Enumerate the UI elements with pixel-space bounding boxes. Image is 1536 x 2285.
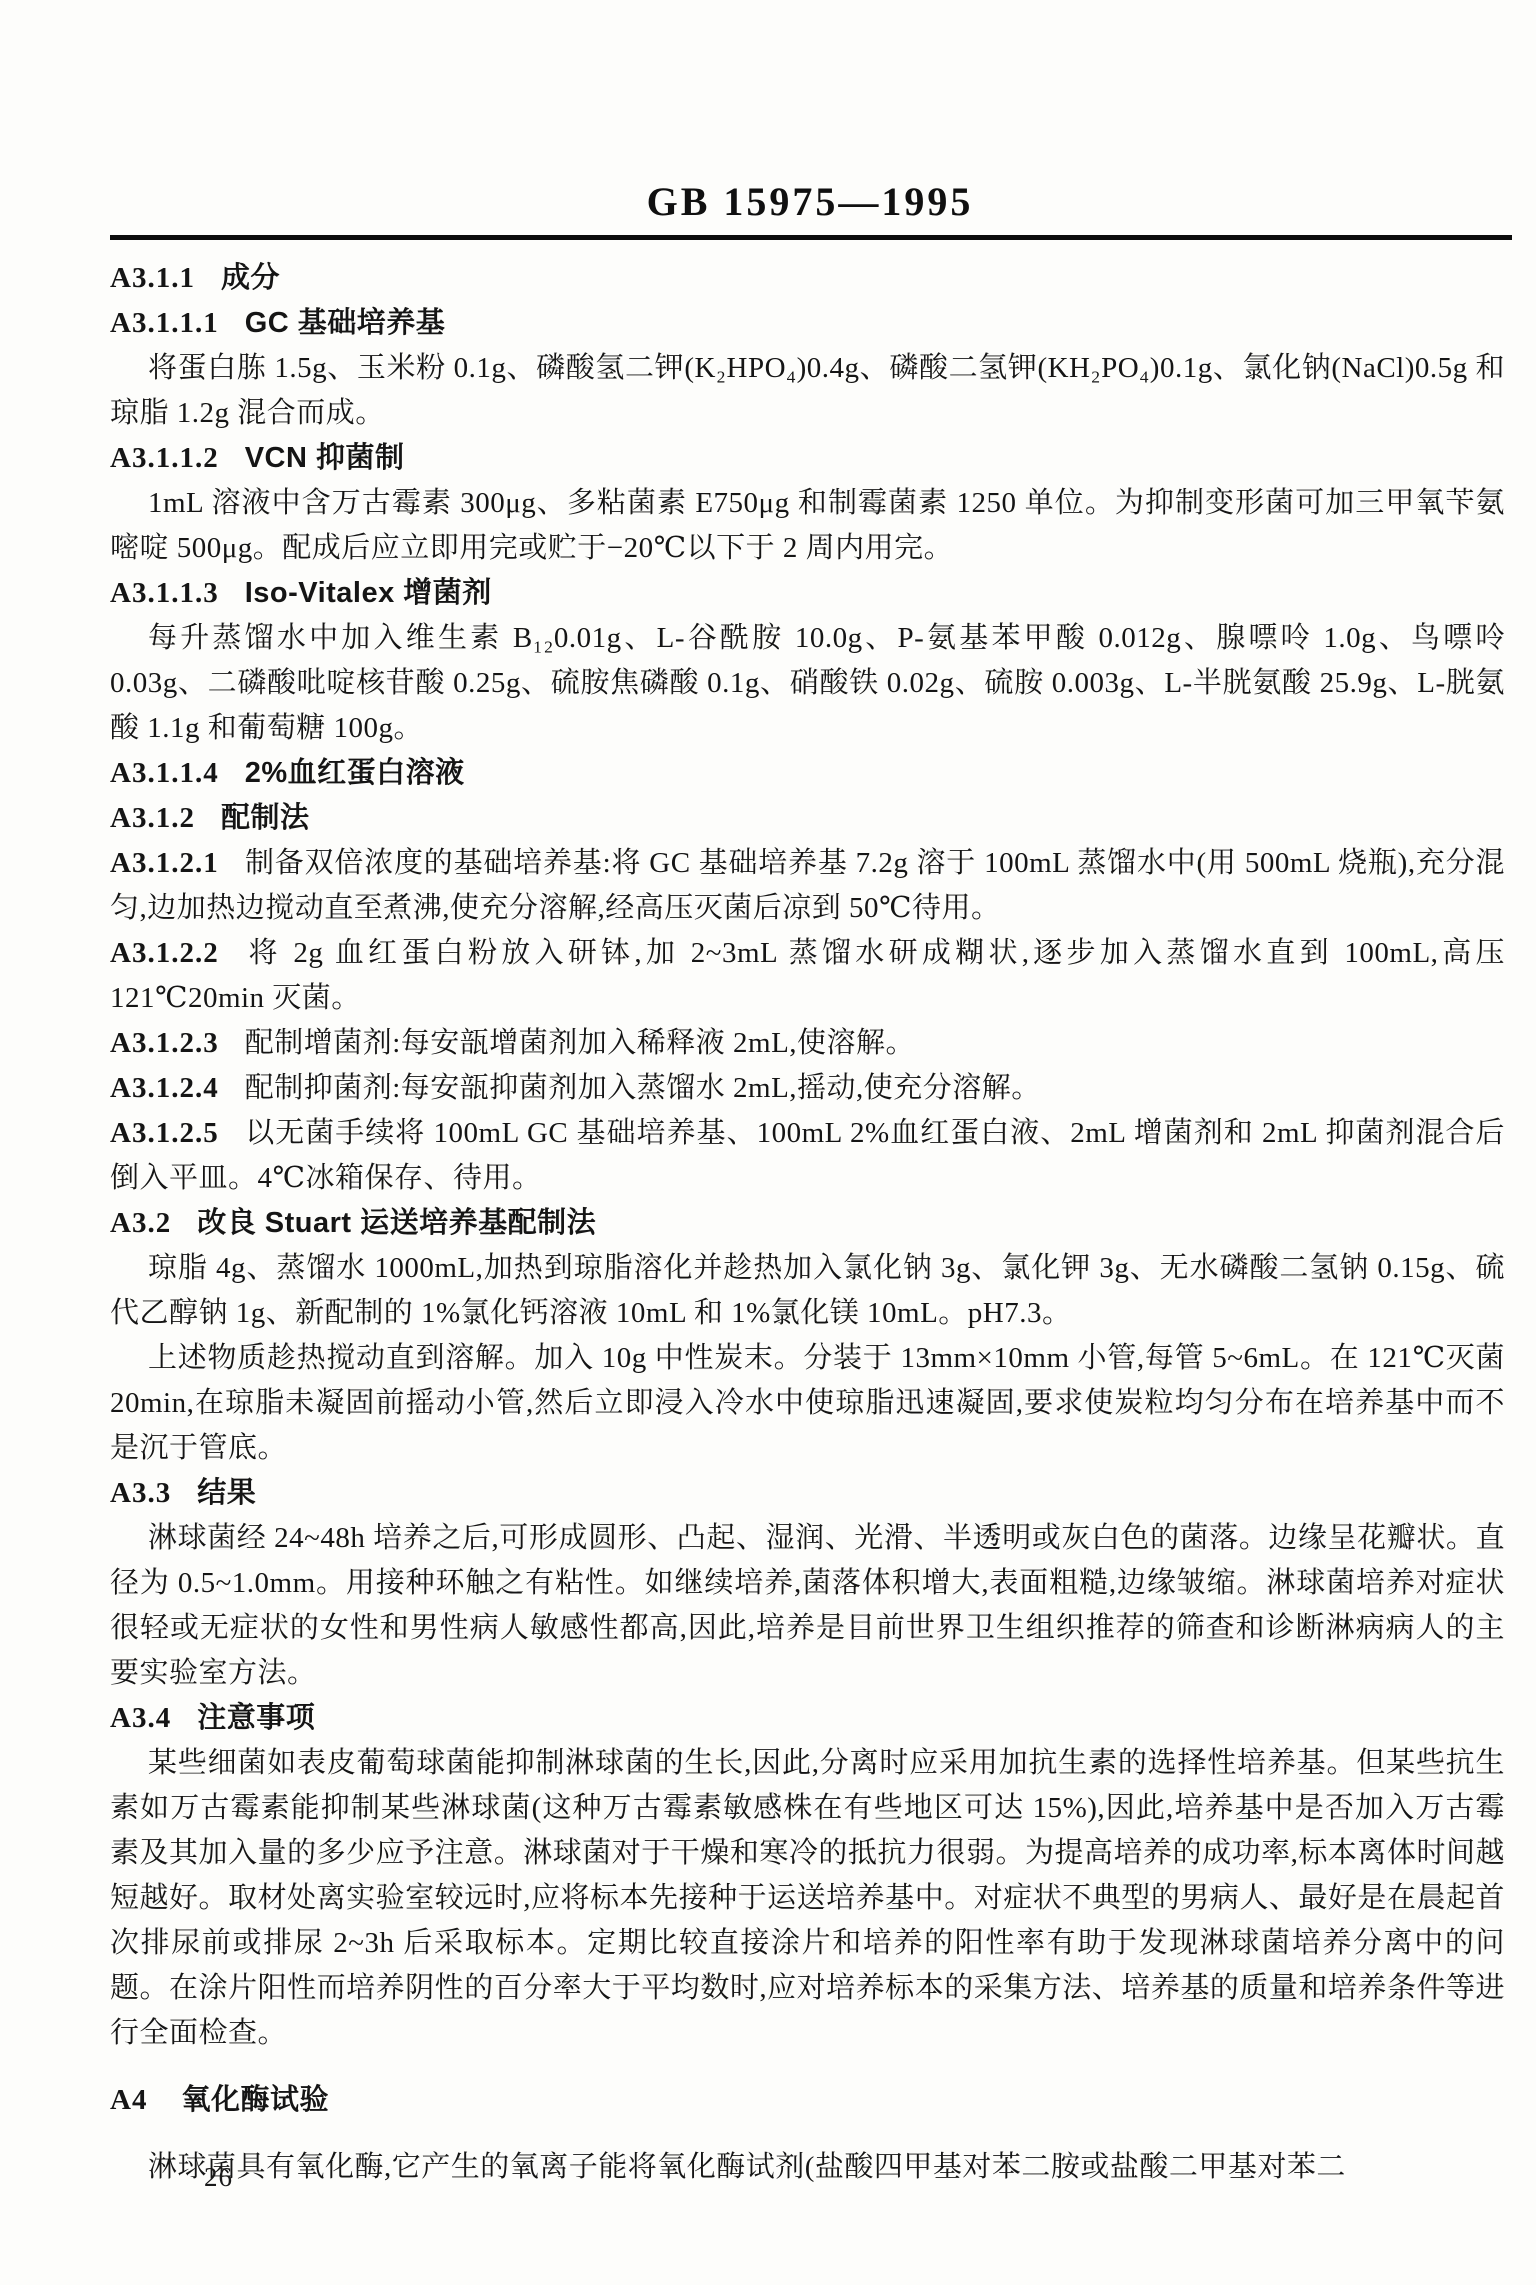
clause-title: 氧化酶试验	[181, 2084, 329, 2116]
clause-number: A3.1.2.1	[110, 847, 219, 879]
clause-number: A3.1.2.2	[110, 937, 219, 969]
clause-heading: A3.1.2配制法	[110, 796, 1505, 841]
doc-code: GB 15975—1995	[647, 178, 974, 225]
clause-number: A3.1.1.2	[110, 442, 219, 474]
clause-paragraph: A3.1.2.5以无菌手续将 100mL GC 基础培养基、100mL 2%血红…	[110, 1111, 1505, 1201]
clause-heading: A3.1.1.2VCN 抑菌制	[110, 436, 1505, 481]
clause-number: A3.1.2	[110, 802, 195, 834]
clause-heading: A3.3结果	[110, 1471, 1505, 1516]
body-paragraph: 上述物质趁热搅动直到溶解。加入 10g 中性炭末。分装于 13mm×10mm 小…	[110, 1336, 1505, 1471]
clause-number: A3.1.1.1	[110, 307, 219, 339]
clause-heading: A3.1.1.42%血红蛋白溶液	[110, 751, 1505, 796]
clause-paragraph: A3.1.2.1制备双倍浓度的基础培养基:将 GC 基础培养基 7.2g 溶于 …	[110, 841, 1505, 931]
clause-title: 配制法	[221, 802, 310, 834]
clause-title: GC 基础培养基	[245, 307, 446, 339]
clause-heading: A3.2改良 Stuart 运送培养基配制法	[110, 1201, 1505, 1246]
clause-number: A3.1.1	[110, 262, 195, 294]
header-rule	[110, 235, 1512, 240]
document-page: GB 15975—1995 A3.1.1成分A3.1.1.1GC 基础培养基将蛋…	[0, 0, 1536, 2285]
clause-paragraph: A3.1.2.3配制增菌剂:每安瓿增菌剂加入稀释液 2mL,使溶解。	[110, 1021, 1505, 1066]
body-paragraph: 琼脂 4g、蒸馏水 1000mL,加热到琼脂溶化并趁热加入氯化钠 3g、氯化钾 …	[110, 1246, 1505, 1336]
clause-number: A4	[110, 2084, 147, 2116]
clause-text: 将 2g 血红蛋白粉放入研钵,加 2~3mL 蒸馏水研成糊状,逐步加入蒸馏水直到…	[110, 937, 1505, 1014]
clause-heading: A3.4注意事项	[110, 1696, 1505, 1741]
clause-heading: A3.1.1成分	[110, 256, 1505, 301]
page-number: 26	[204, 2162, 233, 2193]
clause-heading: A3.1.1.1GC 基础培养基	[110, 301, 1505, 346]
clause-heading: A3.1.1.3Iso-Vitalex 增菌剂	[110, 571, 1505, 616]
clause-title: 结果	[197, 1477, 256, 1509]
clause-title: 注意事项	[197, 1702, 315, 1734]
doc-header: GB 15975—1995	[0, 0, 1536, 225]
body-paragraph: 每升蒸馏水中加入维生素 B₁₂0.01g、L-谷酰胺 10.0g、P-氨基苯甲酸…	[110, 616, 1505, 751]
clause-text: 配制抑菌剂:每安瓿抑菌剂加入蒸馏水 2mL,摇动,使充分溶解。	[245, 1072, 1041, 1104]
clause-paragraph: A3.1.2.2将 2g 血红蛋白粉放入研钵,加 2~3mL 蒸馏水研成糊状,逐…	[110, 931, 1505, 1021]
clause-number: A3.4	[110, 1702, 171, 1734]
body-paragraph: 将蛋白胨 1.5g、玉米粉 0.1g、磷酸氢二钾(K₂HPO₄)0.4g、磷酸二…	[110, 346, 1505, 436]
body-paragraph: 淋球菌经 24~48h 培养之后,可形成圆形、凸起、湿润、光滑、半透明或灰白色的…	[110, 1516, 1505, 1696]
clause-number: A3.1.1.4	[110, 757, 219, 789]
clause-number: A3.2	[110, 1207, 171, 1239]
clause-text: 制备双倍浓度的基础培养基:将 GC 基础培养基 7.2g 溶于 100mL 蒸馏…	[110, 847, 1505, 924]
clause-number: A3.1.2.3	[110, 1027, 219, 1059]
body-paragraph: 淋球菌具有氧化酶,它产生的氧离子能将氧化酶试剂(盐酸四甲基对苯二胺或盐酸二甲基对…	[110, 2145, 1505, 2190]
clause-number: A3.1.2.5	[110, 1117, 219, 1149]
clause-title: VCN 抑菌制	[245, 442, 405, 474]
clause-heading: A4氧化酶试验	[110, 2078, 1505, 2123]
clause-number: A3.3	[110, 1477, 171, 1509]
clause-title: 2%血红蛋白溶液	[245, 757, 465, 789]
clause-text: 以无菌手续将 100mL GC 基础培养基、100mL 2%血红蛋白液、2mL …	[110, 1117, 1505, 1194]
body-paragraph: 1mL 溶液中含万古霉素 300μg、多粘菌素 E750μg 和制霉菌素 125…	[110, 481, 1505, 571]
clause-title: 成分	[221, 262, 280, 294]
body-paragraph: 某些细菌如表皮葡萄球菌能抑制淋球菌的生长,因此,分离时应采用加抗生素的选择性培养…	[110, 1741, 1505, 2056]
clause-paragraph: A3.1.2.4配制抑菌剂:每安瓿抑菌剂加入蒸馏水 2mL,摇动,使充分溶解。	[110, 1066, 1505, 1111]
document-body: A3.1.1成分A3.1.1.1GC 基础培养基将蛋白胨 1.5g、玉米粉 0.…	[110, 256, 1505, 2190]
clause-title: 改良 Stuart 运送培养基配制法	[197, 1207, 596, 1239]
clause-number: A3.1.1.3	[110, 577, 219, 609]
clause-number: A3.1.2.4	[110, 1072, 219, 1104]
clause-title: Iso-Vitalex 增菌剂	[245, 577, 492, 609]
clause-text: 配制增菌剂:每安瓿增菌剂加入稀释液 2mL,使溶解。	[245, 1027, 915, 1059]
